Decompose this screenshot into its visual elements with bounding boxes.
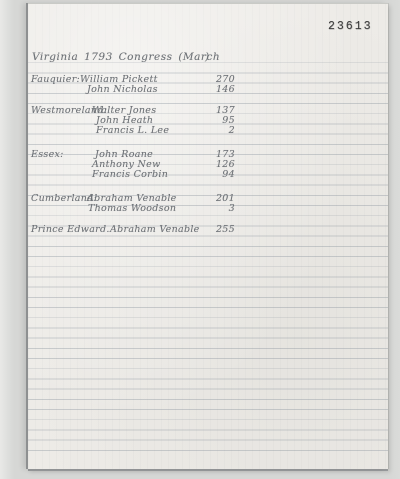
ledger-row: Prince Edward. Abraham Venable 255: [28, 223, 388, 236]
ledger-page: 23613 Virginia 1793 Congress (March ) Fa…: [28, 3, 388, 469]
candidate-name: Abraham Venable: [110, 223, 200, 236]
page-title: Virginia 1793 Congress (March ): [28, 50, 388, 64]
document-scan: 23613 Virginia 1793 Congress (March ) Fa…: [0, 0, 400, 479]
page-title-text: Virginia 1793 Congress (March: [32, 50, 220, 64]
candidate-name: John Nicholas: [87, 83, 158, 96]
ledger-row: Francis L. Lee 2: [28, 124, 388, 137]
vote-count: 146: [191, 83, 235, 96]
ledger-row: John Nicholas 146: [28, 83, 388, 96]
page-title-close-paren: ): [205, 50, 210, 64]
vote-count: 2: [191, 124, 235, 137]
vote-count: 255: [191, 223, 235, 236]
vote-count: 3: [191, 202, 235, 215]
ledger-row: Francis Corbin 94: [28, 168, 388, 181]
county-label: Prince Edward.: [31, 223, 110, 236]
stamp-number: 23613: [328, 20, 373, 33]
vote-count: 94: [191, 168, 235, 181]
candidate-name: Francis L. Lee: [96, 124, 169, 137]
ledger-row: Thomas Woodson 3: [28, 202, 388, 215]
candidate-name: Thomas Woodson: [88, 202, 176, 215]
candidate-name: Francis Corbin: [92, 168, 168, 181]
scan-background-right-edge: [388, 0, 400, 479]
scan-background-left-edge: [0, 0, 14, 479]
